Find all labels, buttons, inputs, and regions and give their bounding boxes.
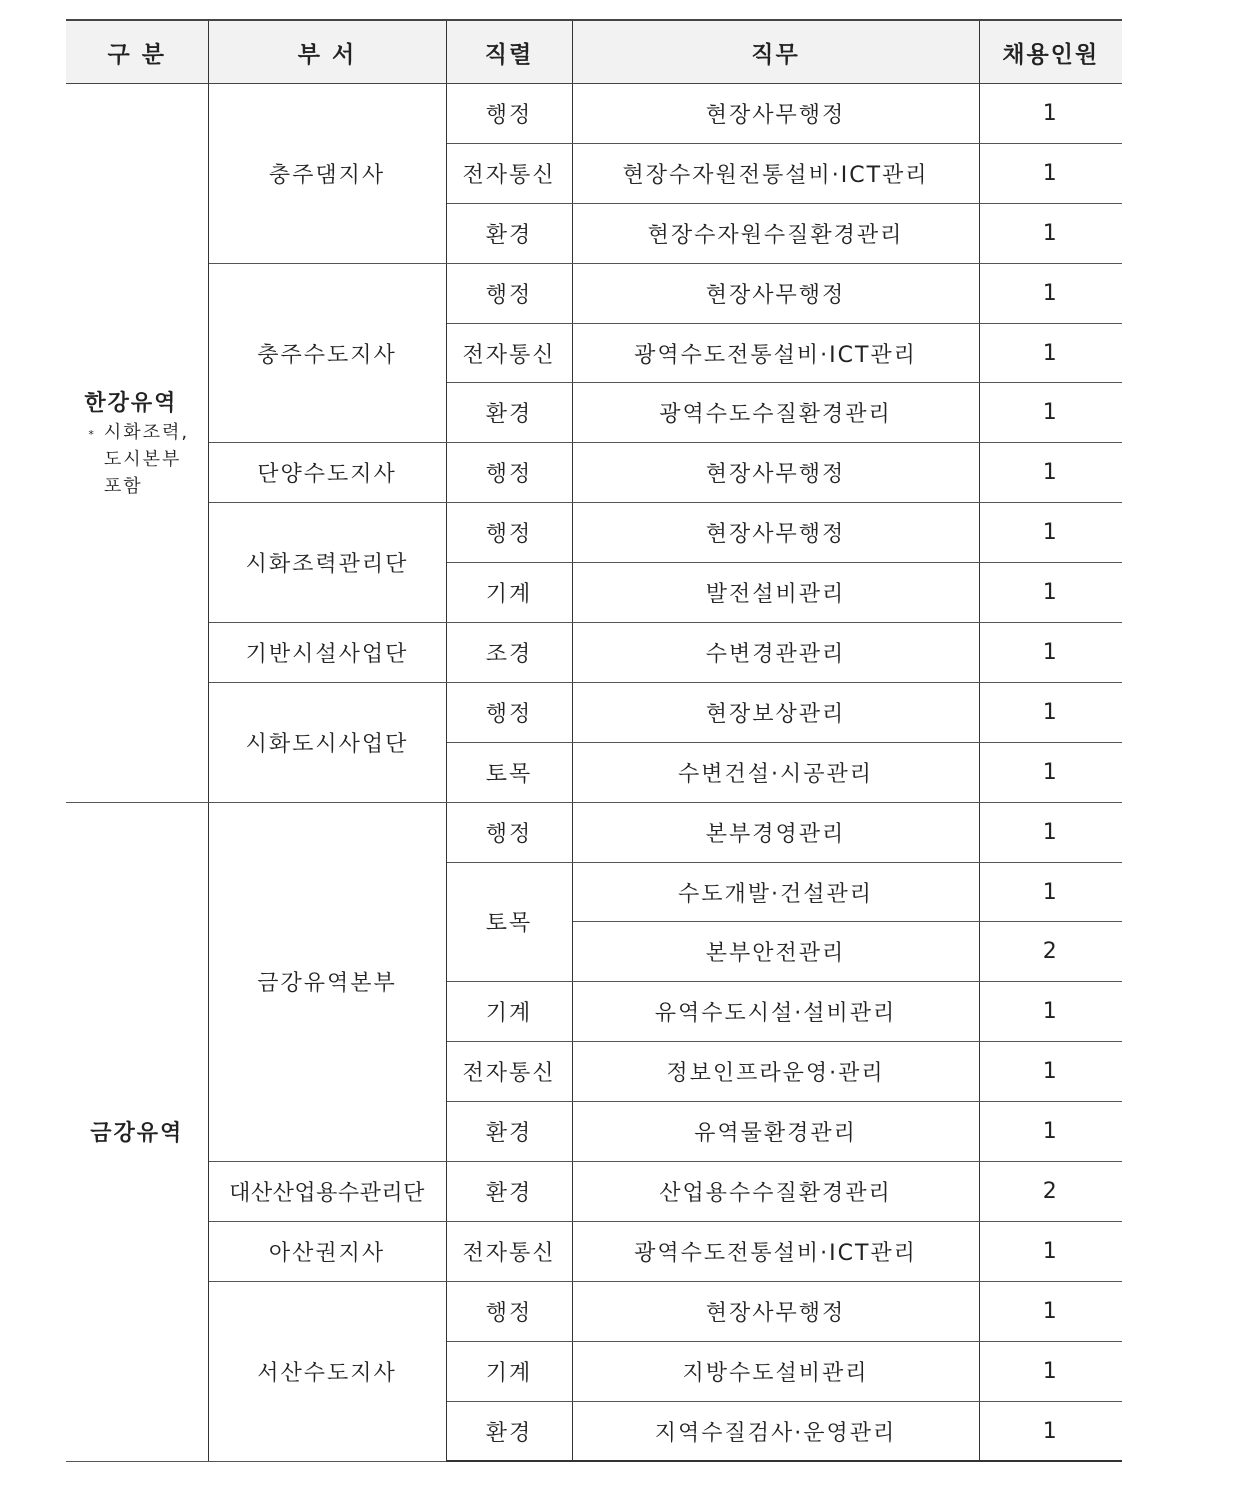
series-cell: 조경 <box>446 623 572 683</box>
series-cell: 환경 <box>446 1401 572 1461</box>
series-cell: 토목 <box>446 862 572 982</box>
count-cell: 1 <box>979 263 1122 323</box>
duty-cell: 현장사무행정 <box>572 84 979 144</box>
count-cell: 1 <box>979 982 1122 1042</box>
table-row: 아산권지사 전자통신 광역수도전통설비·ICT관리 1 <box>66 1221 1122 1281</box>
region-note: * 시화조력, 도시본부 포함 <box>84 419 189 500</box>
series-cell: 토목 <box>446 742 572 802</box>
series-cell: 전자통신 <box>446 143 572 203</box>
count-cell: 1 <box>979 802 1122 862</box>
department-cell: 시화도시사업단 <box>208 682 446 802</box>
duty-cell: 광역수도전통설비·ICT관리 <box>572 1221 979 1281</box>
duty-cell: 산업용수수질환경관리 <box>572 1162 979 1222</box>
count-cell: 1 <box>979 742 1122 802</box>
count-cell: 1 <box>979 563 1122 623</box>
series-cell: 행정 <box>446 1281 572 1341</box>
count-cell: 1 <box>979 1221 1122 1281</box>
table-row: 한강유역 * 시화조력, 도시본부 포함 충주댐지사 행정 현장사무행정 1 <box>66 84 1122 144</box>
department-cell: 기반시설사업단 <box>208 623 446 683</box>
duty-cell: 현장수자원수질환경관리 <box>572 203 979 263</box>
series-cell: 기계 <box>446 563 572 623</box>
region-name: 한강유역 <box>84 386 189 417</box>
department-cell: 서산수도지사 <box>208 1281 446 1461</box>
series-cell: 환경 <box>446 383 572 443</box>
count-cell: 1 <box>979 323 1122 383</box>
series-cell: 행정 <box>446 263 572 323</box>
count-cell: 1 <box>979 143 1122 203</box>
count-cell: 1 <box>979 503 1122 563</box>
table-row: 시화조력관리단 행정 현장사무행정 1 <box>66 503 1122 563</box>
duty-cell: 유역수도시설·설비관리 <box>572 982 979 1042</box>
duty-cell: 광역수도수질환경관리 <box>572 383 979 443</box>
count-cell: 1 <box>979 1341 1122 1401</box>
duty-cell: 수변건설·시공관리 <box>572 742 979 802</box>
header-region: 구 분 <box>66 20 208 84</box>
duty-cell: 발전설비관리 <box>572 563 979 623</box>
table-row: 기반시설사업단 조경 수변경관관리 1 <box>66 623 1122 683</box>
duty-cell: 수변경관관리 <box>572 623 979 683</box>
note-line: 도시본부 <box>104 446 189 473</box>
table-row: 시화도시사업단 행정 현장보상관리 1 <box>66 682 1122 742</box>
duty-cell: 수도개발·건설관리 <box>572 862 979 922</box>
count-cell: 1 <box>979 682 1122 742</box>
series-cell: 행정 <box>446 682 572 742</box>
table-row: 단양수도지사 행정 현장사무행정 1 <box>66 443 1122 503</box>
header-headcount: 채용인원 <box>979 20 1122 84</box>
count-cell: 2 <box>979 1162 1122 1222</box>
region-cell-hangang: 한강유역 * 시화조력, 도시본부 포함 <box>66 84 208 803</box>
series-cell: 기계 <box>446 1341 572 1401</box>
count-cell: 2 <box>979 922 1122 982</box>
count-cell: 1 <box>979 1281 1122 1341</box>
series-cell: 전자통신 <box>446 1221 572 1281</box>
count-cell: 1 <box>979 84 1122 144</box>
department-cell: 충주수도지사 <box>208 263 446 443</box>
series-cell: 환경 <box>446 203 572 263</box>
count-cell: 1 <box>979 1102 1122 1162</box>
header-duty: 직무 <box>572 20 979 84</box>
duty-cell: 현장수자원전통설비·ICT관리 <box>572 143 979 203</box>
department-cell: 금강유역본부 <box>208 802 446 1161</box>
table-row: 대산산업용수관리단 환경 산업용수수질환경관리 2 <box>66 1162 1122 1222</box>
series-cell: 전자통신 <box>446 323 572 383</box>
note-marker: * <box>88 419 96 500</box>
series-cell: 행정 <box>446 84 572 144</box>
recruitment-table: 구 분 부 서 직렬 직무 채용인원 한강유역 * 시화조력, 도시본부 포함 <box>66 19 1122 1462</box>
duty-cell: 광역수도전통설비·ICT관리 <box>572 323 979 383</box>
duty-cell: 현장사무행정 <box>572 263 979 323</box>
header-job-series: 직렬 <box>446 20 572 84</box>
series-cell: 전자통신 <box>446 1042 572 1102</box>
duty-cell: 본부경영관리 <box>572 802 979 862</box>
region-cell-geumgang: 금강유역 <box>66 802 208 1461</box>
duty-cell: 현장사무행정 <box>572 503 979 563</box>
count-cell: 1 <box>979 443 1122 503</box>
count-cell: 1 <box>979 383 1122 443</box>
header-department: 부 서 <box>208 20 446 84</box>
duty-cell: 유역물환경관리 <box>572 1102 979 1162</box>
duty-cell: 지역수질검사·운영관리 <box>572 1401 979 1461</box>
count-cell: 1 <box>979 623 1122 683</box>
count-cell: 1 <box>979 862 1122 922</box>
department-cell: 단양수도지사 <box>208 443 446 503</box>
series-cell: 환경 <box>446 1102 572 1162</box>
duty-cell: 현장사무행정 <box>572 443 979 503</box>
table-row: 충주수도지사 행정 현장사무행정 1 <box>66 263 1122 323</box>
count-cell: 1 <box>979 1042 1122 1102</box>
duty-cell: 현장보상관리 <box>572 682 979 742</box>
department-cell: 아산권지사 <box>208 1221 446 1281</box>
series-cell: 행정 <box>446 503 572 563</box>
table-row: 금강유역 금강유역본부 행정 본부경영관리 1 <box>66 802 1122 862</box>
department-cell: 충주댐지사 <box>208 84 446 264</box>
count-cell: 1 <box>979 1401 1122 1461</box>
duty-cell: 현장사무행정 <box>572 1281 979 1341</box>
note-line: 포함 <box>104 473 189 500</box>
duty-cell: 본부안전관리 <box>572 922 979 982</box>
series-cell: 기계 <box>446 982 572 1042</box>
department-cell: 시화조력관리단 <box>208 503 446 623</box>
department-cell: 대산산업용수관리단 <box>208 1162 446 1222</box>
table-header-row: 구 분 부 서 직렬 직무 채용인원 <box>66 20 1122 84</box>
table-row: 서산수도지사 행정 현장사무행정 1 <box>66 1281 1122 1341</box>
series-cell: 행정 <box>446 802 572 862</box>
duty-cell: 정보인프라운영·관리 <box>572 1042 979 1102</box>
duty-cell: 지방수도설비관리 <box>572 1341 979 1401</box>
series-cell: 환경 <box>446 1162 572 1222</box>
series-cell: 행정 <box>446 443 572 503</box>
count-cell: 1 <box>979 203 1122 263</box>
note-line: 시화조력, <box>104 419 189 446</box>
